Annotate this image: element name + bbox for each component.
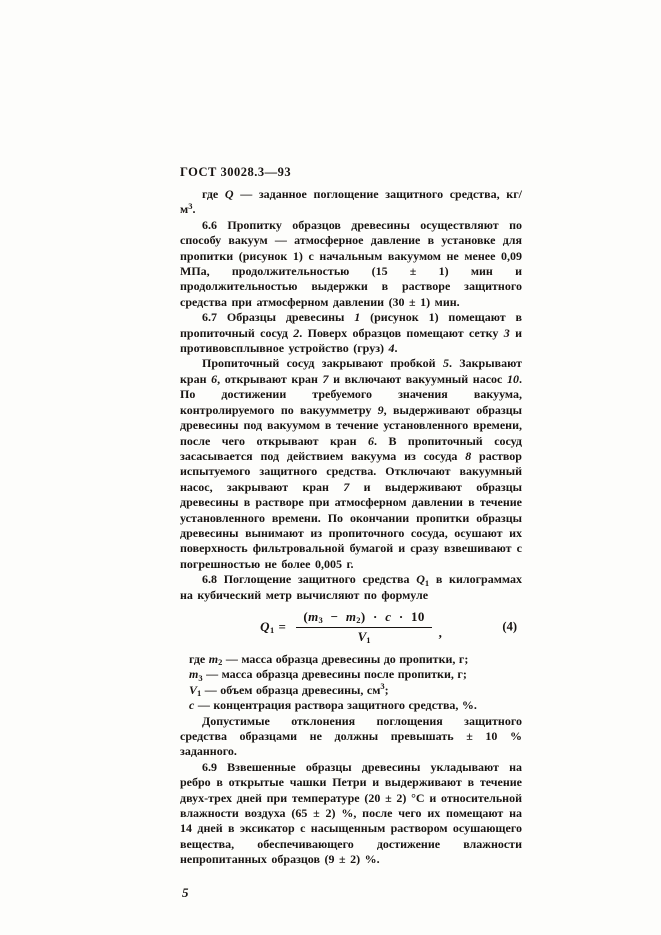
paragraph: 6.8 Поглощение защитного средства Q1 в к… (180, 572, 522, 603)
document-page: ГОСТ 30028.3—93 где Q — заданное поглоще… (0, 0, 661, 935)
document-header: ГОСТ 30028.3—93 (180, 165, 291, 180)
paragraph: 6.6 Пропитку образцов древесины осуществ… (180, 218, 522, 310)
formula-denominator: V1 (358, 628, 371, 645)
paragraph: 6.9 Взвешенные образцы древесины укладыв… (180, 760, 522, 868)
paragraph: Пропиточный сосуд закрывают пробкой 5. З… (180, 356, 522, 572)
paragraph: с — концентрация раствора защитного сред… (180, 698, 522, 713)
formula-comma: , (439, 625, 442, 645)
formula-fraction: (m3 − m2) · c · 10V1 (296, 609, 431, 645)
paragraph: где Q — заданное поглощение защитного ср… (180, 187, 522, 218)
paragraph: V1 — объем образца древесины, см3; (180, 683, 522, 698)
paragraph: 6.7 Образцы древесины 1 (рисунок 1) поме… (180, 310, 522, 356)
formula: Q1 =(m3 − m2) · c · 10V1,(4) (180, 603, 522, 652)
page-number: 5 (180, 885, 522, 901)
formula-number: (4) (502, 620, 517, 635)
formula-numerator: (m3 − m2) · c · 10 (296, 609, 431, 628)
formula-lhs: Q1 = (260, 619, 286, 635)
paragraph: m3 — масса образца древесины после пропи… (180, 667, 522, 682)
document-body: где Q — заданное поглощение защитного ср… (180, 187, 522, 901)
paragraph: Допустимые отклонения поглощения защитно… (180, 714, 522, 760)
paragraph: где m2 — масса образца древесины до проп… (180, 652, 522, 667)
